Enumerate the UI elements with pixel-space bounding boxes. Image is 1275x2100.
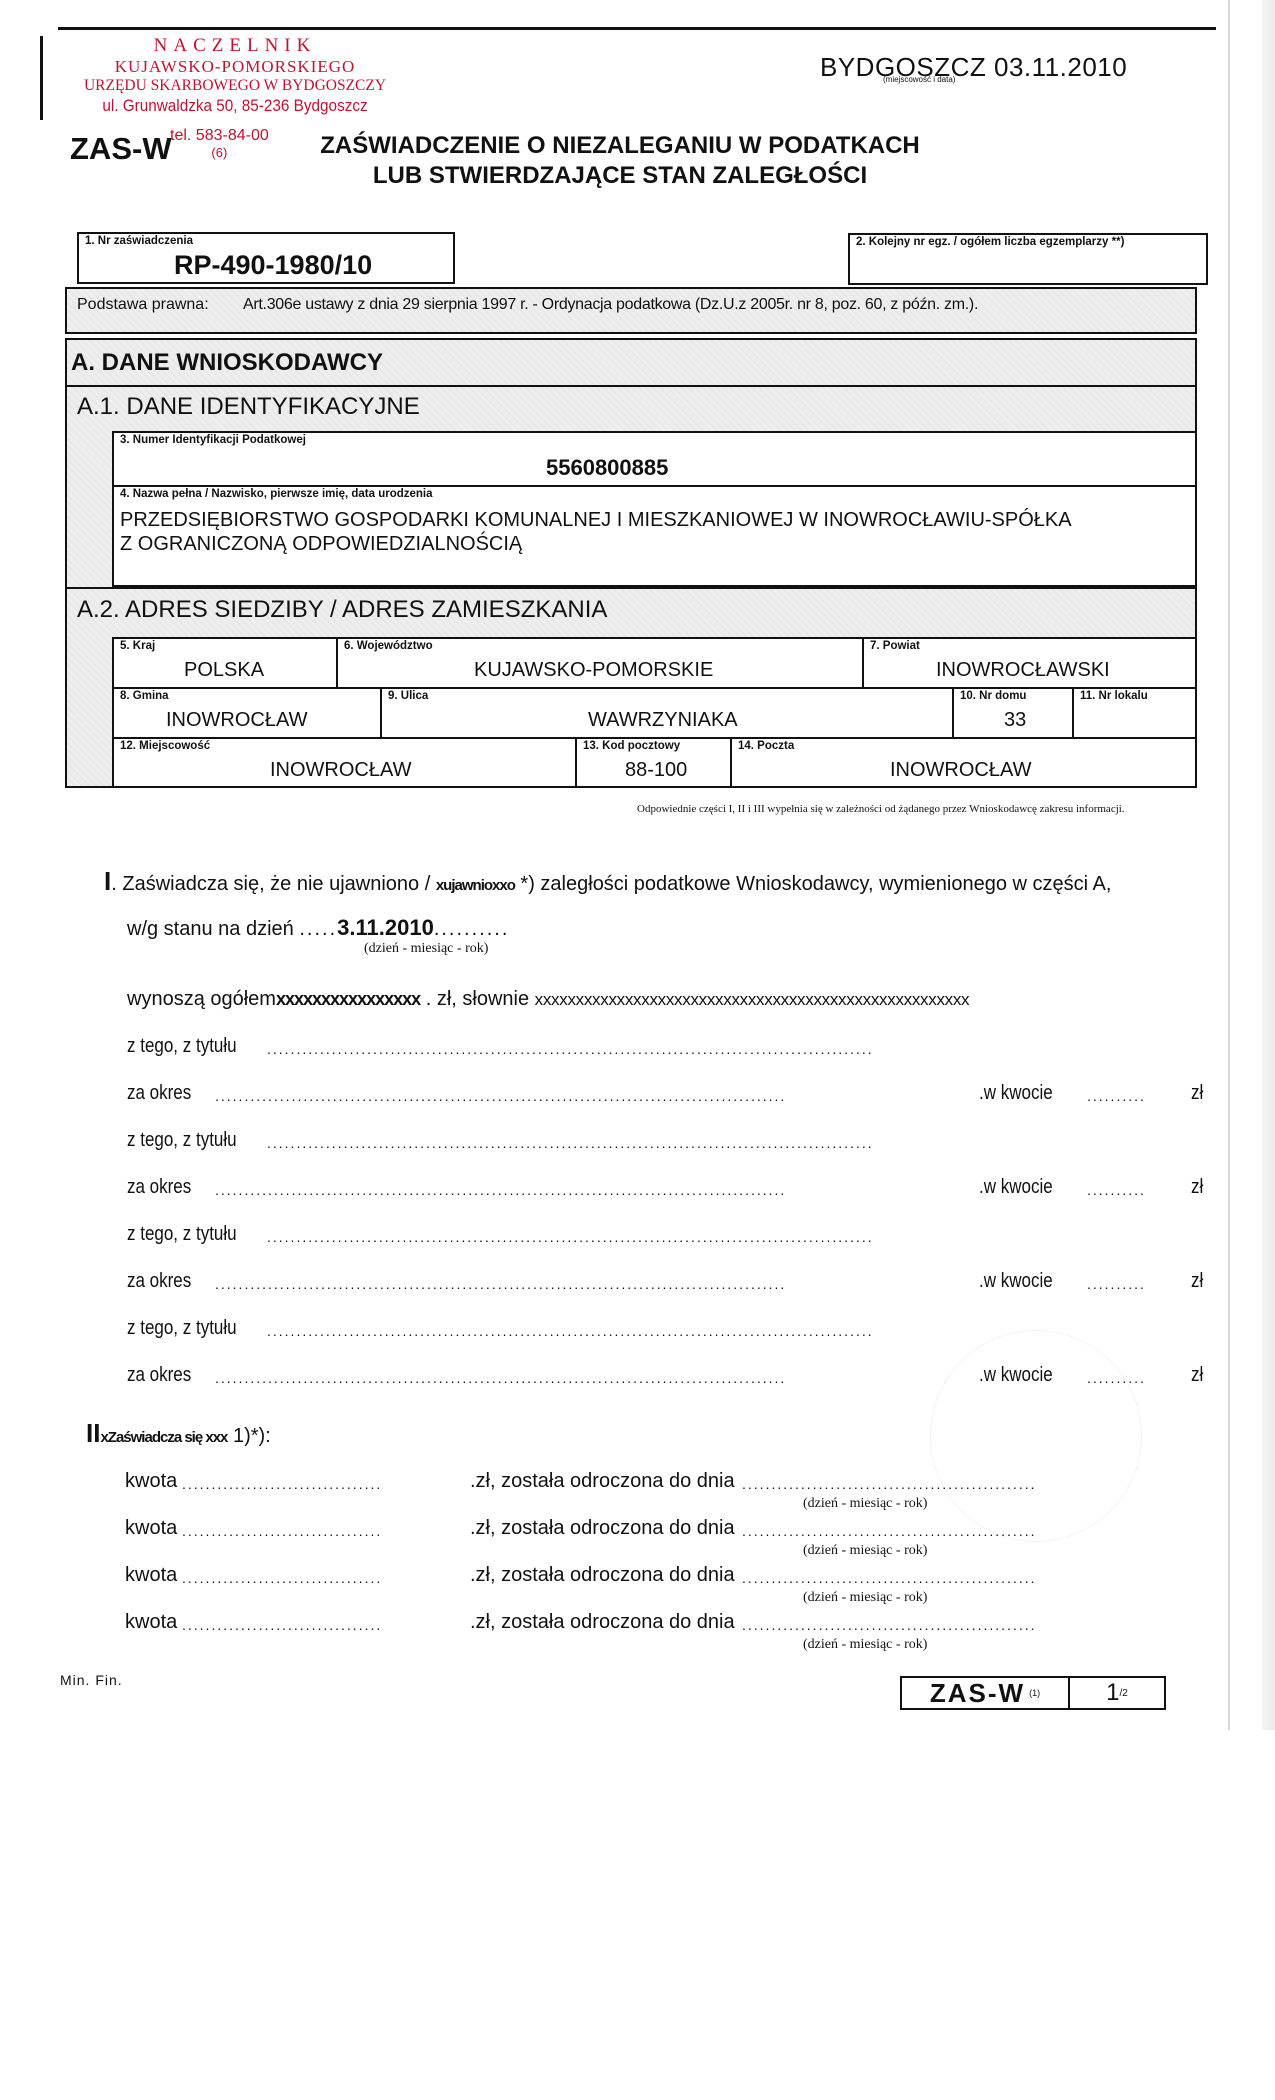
as-of-date-caption: (dzień - miesiąc - rok) bbox=[364, 941, 488, 957]
amount-label: .w kwocie bbox=[979, 1176, 1053, 1199]
office-stamp: NACZELNIK KUJAWSKO-POMORSKIEGO URZĘDU SK… bbox=[70, 36, 400, 114]
title-label: z tego, z tytułu bbox=[127, 1129, 237, 1152]
item-period-row[interactable]: za okres................................… bbox=[127, 1270, 1207, 1293]
house-number-value: 33 bbox=[1004, 709, 1026, 732]
commune-field[interactable]: 8. Gmina INOWROCŁAW bbox=[112, 687, 382, 739]
document-title: ZAŚWIADCZENIE O NIEZALEGANIU W PODATKACH… bbox=[300, 131, 940, 191]
legal-basis-text: Art.306e ustawy z dnia 29 sierpnia 1997 … bbox=[243, 296, 978, 314]
item-title-row[interactable]: z tego, z tytułu........................… bbox=[127, 1317, 256, 1340]
field-label: 13. Kod pocztowy bbox=[583, 740, 680, 752]
post-office-value: INOWROCŁAW bbox=[890, 759, 1031, 782]
stamp-line-2: KUJAWSKO-POMORSKIEGO bbox=[70, 58, 400, 75]
deferral-row[interactable]: kwota...................................… bbox=[125, 1517, 1205, 1540]
field-label: 8. Gmina bbox=[120, 690, 169, 702]
form-id-box: ZAS-W(1) 1/2 bbox=[900, 1676, 1166, 1710]
field-label: 7. Powiat bbox=[870, 640, 920, 652]
copy-number-field[interactable]: 2. Kolejny nr egz. / ogółem liczba egzem… bbox=[848, 233, 1208, 285]
as-of-date-value[interactable]: 3.11.2010 bbox=[337, 915, 434, 940]
amount-label: kwota bbox=[125, 1470, 177, 1492]
date-caption: (dzień - miesiąc - rok) bbox=[803, 1637, 927, 1653]
section-2-heading: IIxZaświadcza się xxx 1)*): bbox=[86, 1418, 271, 1449]
amount-label: kwota bbox=[125, 1611, 177, 1633]
voivodeship-field[interactable]: 6. Województwo KUJAWSKO-POMORSKIE bbox=[336, 637, 864, 689]
full-name-line-2: Z OGRANICZONĄ ODPOWIEDZIALNOŚCIĄ bbox=[120, 533, 522, 556]
statement-text-start: . Zaświadcza się, że nie ujawniono / bbox=[111, 873, 436, 895]
deferral-row[interactable]: kwota...................................… bbox=[125, 1470, 1205, 1493]
stamp-phone-ext: (6) bbox=[170, 146, 269, 159]
certificate-number-value: RP-490-1980/10 bbox=[174, 250, 372, 281]
period-label: za okres bbox=[127, 1176, 191, 1199]
currency-label: zł bbox=[1191, 1082, 1203, 1105]
house-number-field[interactable]: 10. Nr domu 33 bbox=[952, 687, 1074, 739]
page-number: 1 bbox=[1106, 1679, 1119, 1707]
stamp-line-3: URZĘDU SKARBOWEGO W BYDGOSZCZY bbox=[70, 78, 400, 94]
field-label: 14. Poczta bbox=[738, 740, 794, 752]
street-field[interactable]: 9. Ulica WAWRZYNIAKA bbox=[380, 687, 954, 739]
amount-label: kwota bbox=[125, 1517, 177, 1539]
title-label: z tego, z tytułu bbox=[127, 1223, 237, 1246]
place-date-caption: (miejscowość i data) bbox=[883, 75, 955, 84]
struck-out-text: xZaświadcza się xxx bbox=[100, 1429, 227, 1446]
deferral-text: .zł, została odroczona do dnia bbox=[470, 1611, 735, 1634]
legal-basis-label: Podstawa prawna: bbox=[77, 296, 209, 314]
postal-code-field[interactable]: 13. Kod pocztowy 88-100 bbox=[575, 737, 732, 788]
footer-form-code: ZAS-W bbox=[930, 1678, 1025, 1709]
field-label: 9. Ulica bbox=[388, 690, 428, 702]
field-label: 3. Numer Identyfikacji Podatkowej bbox=[120, 434, 306, 446]
postal-code-value: 88-100 bbox=[625, 759, 687, 782]
divider bbox=[65, 587, 1197, 589]
section-1-statement: I. Zaświadcza się, że nie ujawniono / xu… bbox=[104, 866, 1111, 897]
currency-label: zł bbox=[1191, 1176, 1203, 1199]
item-title-row[interactable]: z tego, z tytułu........................… bbox=[127, 1129, 256, 1152]
commune-value: INOWROCŁAW bbox=[166, 709, 307, 732]
issuer-label: Min. Fin. bbox=[60, 1672, 123, 1688]
page-edge-strip bbox=[1262, 0, 1275, 1730]
section-a-title: A. DANE WNIOSKODAWCY bbox=[71, 349, 383, 377]
statement-text-end: *) zaległości podatkowe Wnioskodawcy, wy… bbox=[515, 873, 1112, 895]
currency-label: zł bbox=[1191, 1270, 1203, 1293]
title-label: z tego, z tytułu bbox=[127, 1035, 237, 1058]
field-label: 5. Kraj bbox=[120, 640, 155, 652]
faded-round-seal bbox=[930, 1330, 1142, 1542]
deferral-row[interactable]: kwota...................................… bbox=[125, 1611, 1205, 1634]
total-arrears-row: wynoszą ogółemxxxxxxxxxxxxxxxx . zł, sło… bbox=[127, 988, 969, 1011]
deferral-text: .zł, została odroczona do dnia bbox=[470, 1470, 735, 1493]
title-line-2: LUB STWIERDZAJĄCE STAN ZALEGŁOŚCI bbox=[300, 161, 940, 191]
section-a-header: A. DANE WNIOSKODAWCY bbox=[65, 338, 1197, 387]
date-caption: (dzień - miesiąc - rok) bbox=[803, 1590, 927, 1606]
page-number-cell: 1/2 bbox=[1070, 1678, 1164, 1708]
item-period-row[interactable]: za okres................................… bbox=[127, 1082, 1207, 1105]
place-and-date: BYDGOSZCZ 03.11.2010 bbox=[820, 52, 1127, 83]
period-label: za okres bbox=[127, 1270, 191, 1293]
stamp-phone: tel. 583-84-00 (6) bbox=[170, 128, 269, 159]
stamp-line-4: ul. Grunwaldzka 50, 85-236 Bydgoszcz bbox=[87, 97, 384, 114]
post-office-field[interactable]: 14. Poczta INOWROCŁAW bbox=[730, 737, 1197, 788]
field-label: 10. Nr domu bbox=[960, 690, 1026, 702]
deferral-row[interactable]: kwota...................................… bbox=[125, 1564, 1205, 1587]
currency-label: zł bbox=[1191, 1364, 1203, 1387]
margin-mark bbox=[40, 36, 43, 120]
total-words-label: . zł, słownie bbox=[426, 988, 529, 1010]
footer-form-version: (1) bbox=[1029, 1688, 1040, 1698]
date-caption: (dzień - miesiąc - rok) bbox=[803, 1543, 927, 1559]
section-2-suffix: 1)*): bbox=[233, 1425, 271, 1447]
section-a1-title: A.1. DANE IDENTYFIKACYJNE bbox=[77, 393, 420, 421]
field-label: 12. Miejscowość bbox=[120, 740, 210, 752]
field-label: 11. Nr lokalu bbox=[1080, 690, 1148, 702]
form-code: ZAS-W bbox=[70, 131, 172, 167]
amount-label: kwota bbox=[125, 1564, 177, 1586]
title-line-1: ZAŚWIADCZENIE O NIEZALEGANIU W PODATKACH bbox=[300, 131, 940, 161]
total-value[interactable]: xxxxxxxxxxxxxxxx bbox=[276, 989, 420, 1009]
certificate-number-field[interactable]: 1. Nr zaświadczenia RP-490-1980/10 bbox=[77, 232, 455, 284]
stamp-line-1: NACZELNIK bbox=[70, 36, 400, 55]
voivodeship-value: KUJAWSKO-POMORSKIE bbox=[474, 659, 713, 682]
legal-basis-box: Podstawa prawna: Art.306e ustawy z dnia … bbox=[65, 287, 1197, 334]
item-title-row[interactable]: z tego, z tytułu........................… bbox=[127, 1223, 256, 1246]
country-field[interactable]: 5. Kraj POLSKA bbox=[112, 637, 338, 689]
struck-out-word: xujawnioxxo bbox=[436, 877, 515, 894]
field-label: 1. Nr zaświadczenia bbox=[85, 235, 193, 247]
amount-label: .w kwocie bbox=[979, 1270, 1053, 1293]
title-label: z tego, z tytułu bbox=[127, 1317, 237, 1340]
locality-value: INOWROCŁAW bbox=[270, 759, 411, 782]
full-name-field[interactable]: 4. Nazwa pełna / Nazwisko, pierwsze imię… bbox=[112, 485, 1197, 587]
section-a2-title: A.2. ADRES SIEDZIBY / ADRES ZAMIESZKANIA bbox=[77, 596, 607, 624]
period-label: za okres bbox=[127, 1082, 191, 1105]
country-value: POLSKA bbox=[184, 659, 264, 682]
deferral-text: .zł, została odroczona do dnia bbox=[470, 1564, 735, 1587]
stamp-phone-number: tel. 583-84-00 bbox=[170, 127, 269, 144]
period-label: za okres bbox=[127, 1364, 191, 1387]
page-edge-shadow bbox=[1228, 0, 1230, 1730]
total-label: wynoszą ogółem bbox=[127, 988, 276, 1010]
county-value: INOWROCŁAWSKI bbox=[936, 659, 1110, 682]
locality-field[interactable]: 12. Miejscowość INOWROCŁAW bbox=[112, 737, 577, 788]
date-caption: (dzień - miesiąc - rok) bbox=[803, 1496, 927, 1512]
section-a-right-border bbox=[1195, 338, 1197, 788]
as-of-date-row: w/g stanu na dzień .....3.11.2010.......… bbox=[127, 915, 509, 941]
as-of-label: w/g stanu na dzień bbox=[127, 918, 294, 940]
item-period-row[interactable]: za okres................................… bbox=[127, 1176, 1207, 1199]
county-field[interactable]: 7. Powiat INOWROCŁAWSKI bbox=[862, 637, 1197, 689]
page-total: /2 bbox=[1120, 1688, 1128, 1699]
field-label: 2. Kolejny nr egz. / ogółem liczba egzem… bbox=[856, 236, 1124, 248]
section-2-numeral: II bbox=[86, 1418, 100, 1448]
nip-field[interactable]: 3. Numer Identyfikacji Podatkowej 556080… bbox=[112, 431, 1197, 487]
field-label: 6. Województwo bbox=[344, 640, 433, 652]
deferral-text: .zł, została odroczona do dnia bbox=[470, 1517, 735, 1540]
item-title-row[interactable]: z tego, z tytułu........................… bbox=[127, 1035, 256, 1058]
total-words-value[interactable]: xxxxxxxxxxxxxxxxxxxxxxxxxxxxxxxxxxxxxxxx… bbox=[535, 990, 970, 1009]
top-rule bbox=[58, 27, 1216, 30]
full-name-line-1: PRZEDSIĘBIORSTWO GOSPODARKI KOMUNALNEJ I… bbox=[120, 509, 1072, 532]
amount-label: .w kwocie bbox=[979, 1082, 1053, 1105]
street-value: WAWRZYNIAKA bbox=[588, 709, 738, 732]
apartment-number-field[interactable]: 11. Nr lokalu bbox=[1072, 687, 1197, 739]
field-label: 4. Nazwa pełna / Nazwisko, pierwsze imię… bbox=[120, 488, 433, 500]
form-id-cell: ZAS-W(1) bbox=[902, 1678, 1070, 1708]
parts-note: Odpowiednie części I, II i III wypełnia … bbox=[637, 803, 1125, 815]
nip-value: 5560800885 bbox=[546, 455, 668, 481]
